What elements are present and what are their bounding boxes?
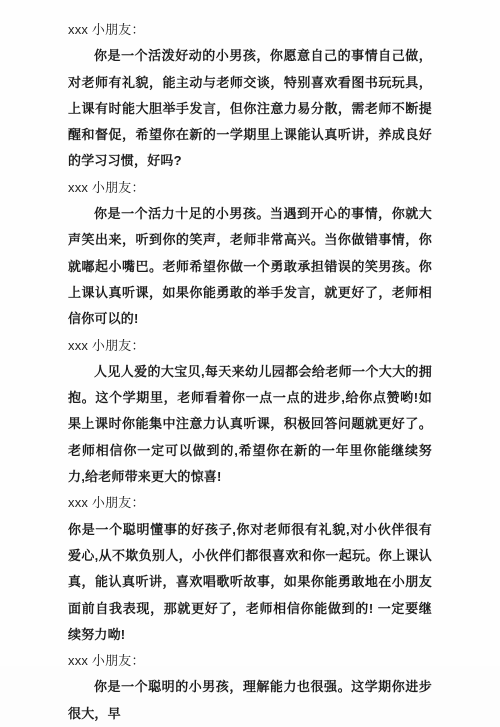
- student-salutation: xxx 小朋友：: [68, 648, 432, 666]
- document-page: xxx 小朋友：你是一个活泼好动的小男孩，你愿意自己的事情自己做，对老师有礼貌，…: [0, 0, 500, 666]
- teacher-comment-paragraph: 人见人爱的大宝贝,每天来幼儿园都会给老师一个大大的拥抱。这个学期里，老师看着你一…: [68, 359, 432, 490]
- teacher-comment-paragraph: 你是一个活力十足的小男孩。当遇到开心的事情，你就大声笑出来，听到你的笑声，老师非…: [68, 201, 432, 332]
- student-salutation: xxx 小朋友：: [68, 17, 432, 43]
- teacher-comment-paragraph: 你是一个聪明懂事的好孩子,你对老师很有礼貌,对小伙伴很有爱心,从不欺负别人，小伙…: [68, 517, 432, 648]
- teacher-comment-paragraph: 你是一个活泼好动的小男孩，你愿意自己的事情自己做，对老师有礼貌，能主动与老师交谈…: [68, 43, 432, 174]
- student-salutation: xxx 小朋友：: [68, 175, 432, 201]
- student-salutation: xxx 小朋友：: [68, 490, 432, 516]
- student-salutation: xxx 小朋友：: [68, 333, 432, 359]
- comments-document: xxx 小朋友：你是一个活泼好动的小男孩，你愿意自己的事情自己做，对老师有礼貌，…: [68, 17, 432, 666]
